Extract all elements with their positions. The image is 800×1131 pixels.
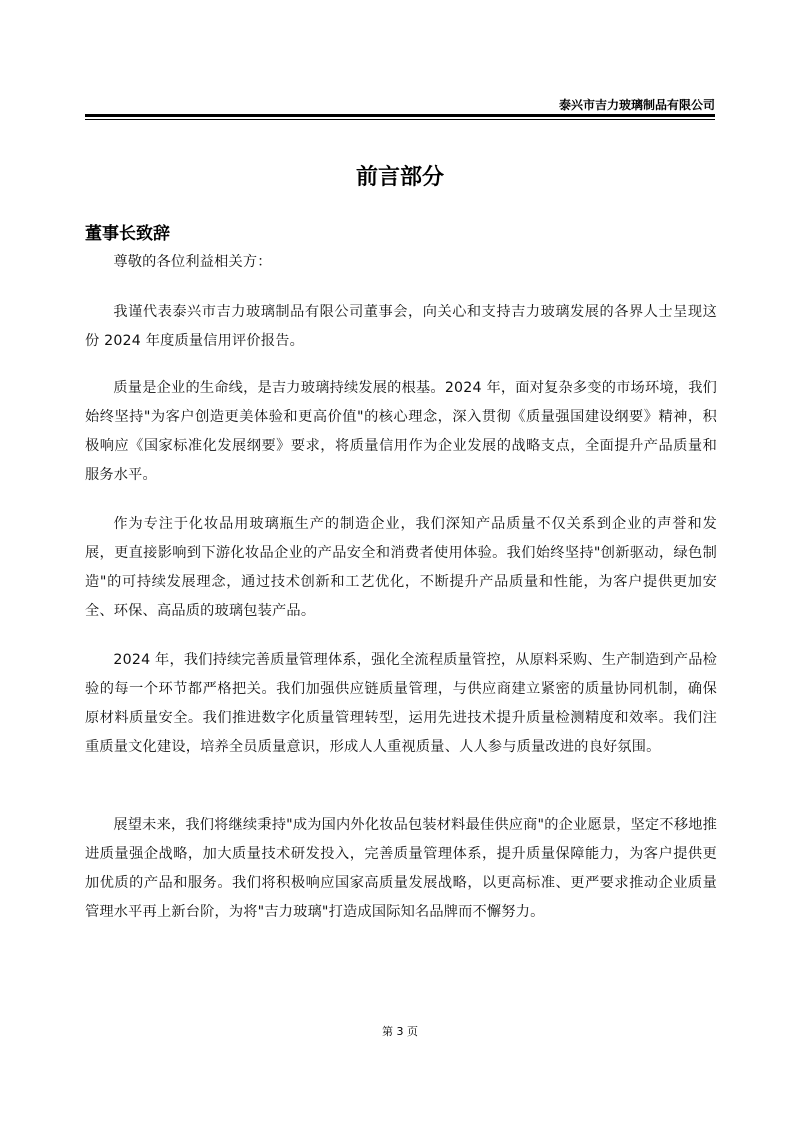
header-company-name: 泰兴市吉力玻璃制品有限公司: [559, 96, 715, 113]
paragraph-3: 作为专注于化妆品用玻璃瓶生产的制造企业，我们深知产品质量不仅关系到企业的声誉和发…: [85, 510, 717, 626]
header-rule-thin: [85, 119, 715, 120]
paragraph-1: 我谨代表泰兴市吉力玻璃制品有限公司董事会，向关心和支持吉力玻璃发展的各界人士呈现…: [85, 298, 717, 356]
section-heading: 董事长致辞: [85, 219, 170, 244]
paragraph-2: 质量是企业的生命线，是吉力玻璃持续发展的根基。2024 年，面对复杂多变的市场环…: [85, 374, 717, 490]
paragraph-5: 展望未来，我们将继续秉持"成为国内外化妆品包装材料最佳供应商"的企业愿景，坚定不…: [85, 811, 717, 927]
page-number: 第 3 页: [0, 1023, 800, 1039]
salutation: 尊敬的各位利益相关方：: [85, 248, 717, 277]
page-title: 前言部分: [0, 160, 800, 191]
header-rule-thick: [85, 114, 715, 117]
paragraph-4: 2024 年，我们持续完善质量管理体系，强化全流程质量管控，从原料采购、生产制造…: [85, 646, 717, 762]
